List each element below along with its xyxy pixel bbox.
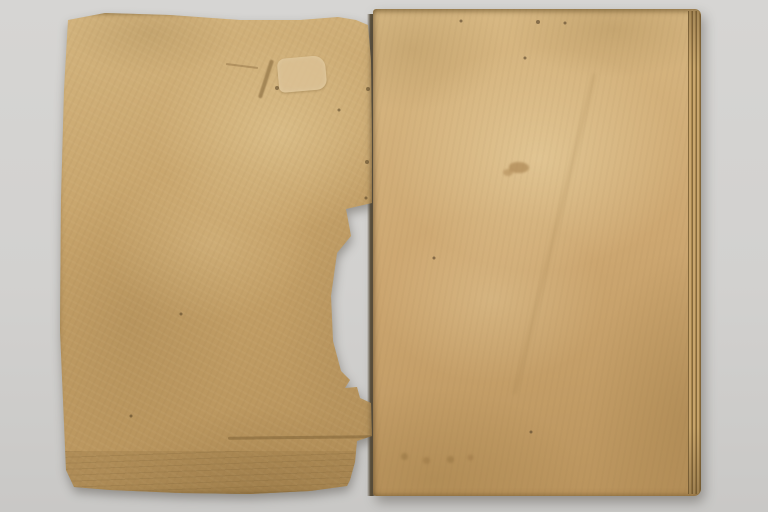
ink-stain-small: [503, 169, 513, 176]
water-stain-boundary: [513, 74, 596, 395]
right-leaf: [373, 9, 701, 496]
fore-edge-page-stack: [688, 11, 701, 494]
foxing-specks-right: [373, 9, 375, 11]
right-leaf-container: [373, 9, 701, 496]
foxing-specks-left: [60, 13, 62, 15]
top-crease: [226, 63, 258, 69]
repair-patch: [277, 55, 328, 93]
photo-backdrop: [0, 0, 768, 512]
left-leaf-container: [60, 13, 372, 494]
left-leaf: [60, 13, 372, 494]
fold-crease: [228, 435, 372, 440]
bottom-fold-band: [60, 451, 372, 494]
patch-tear-seam: [258, 59, 274, 98]
